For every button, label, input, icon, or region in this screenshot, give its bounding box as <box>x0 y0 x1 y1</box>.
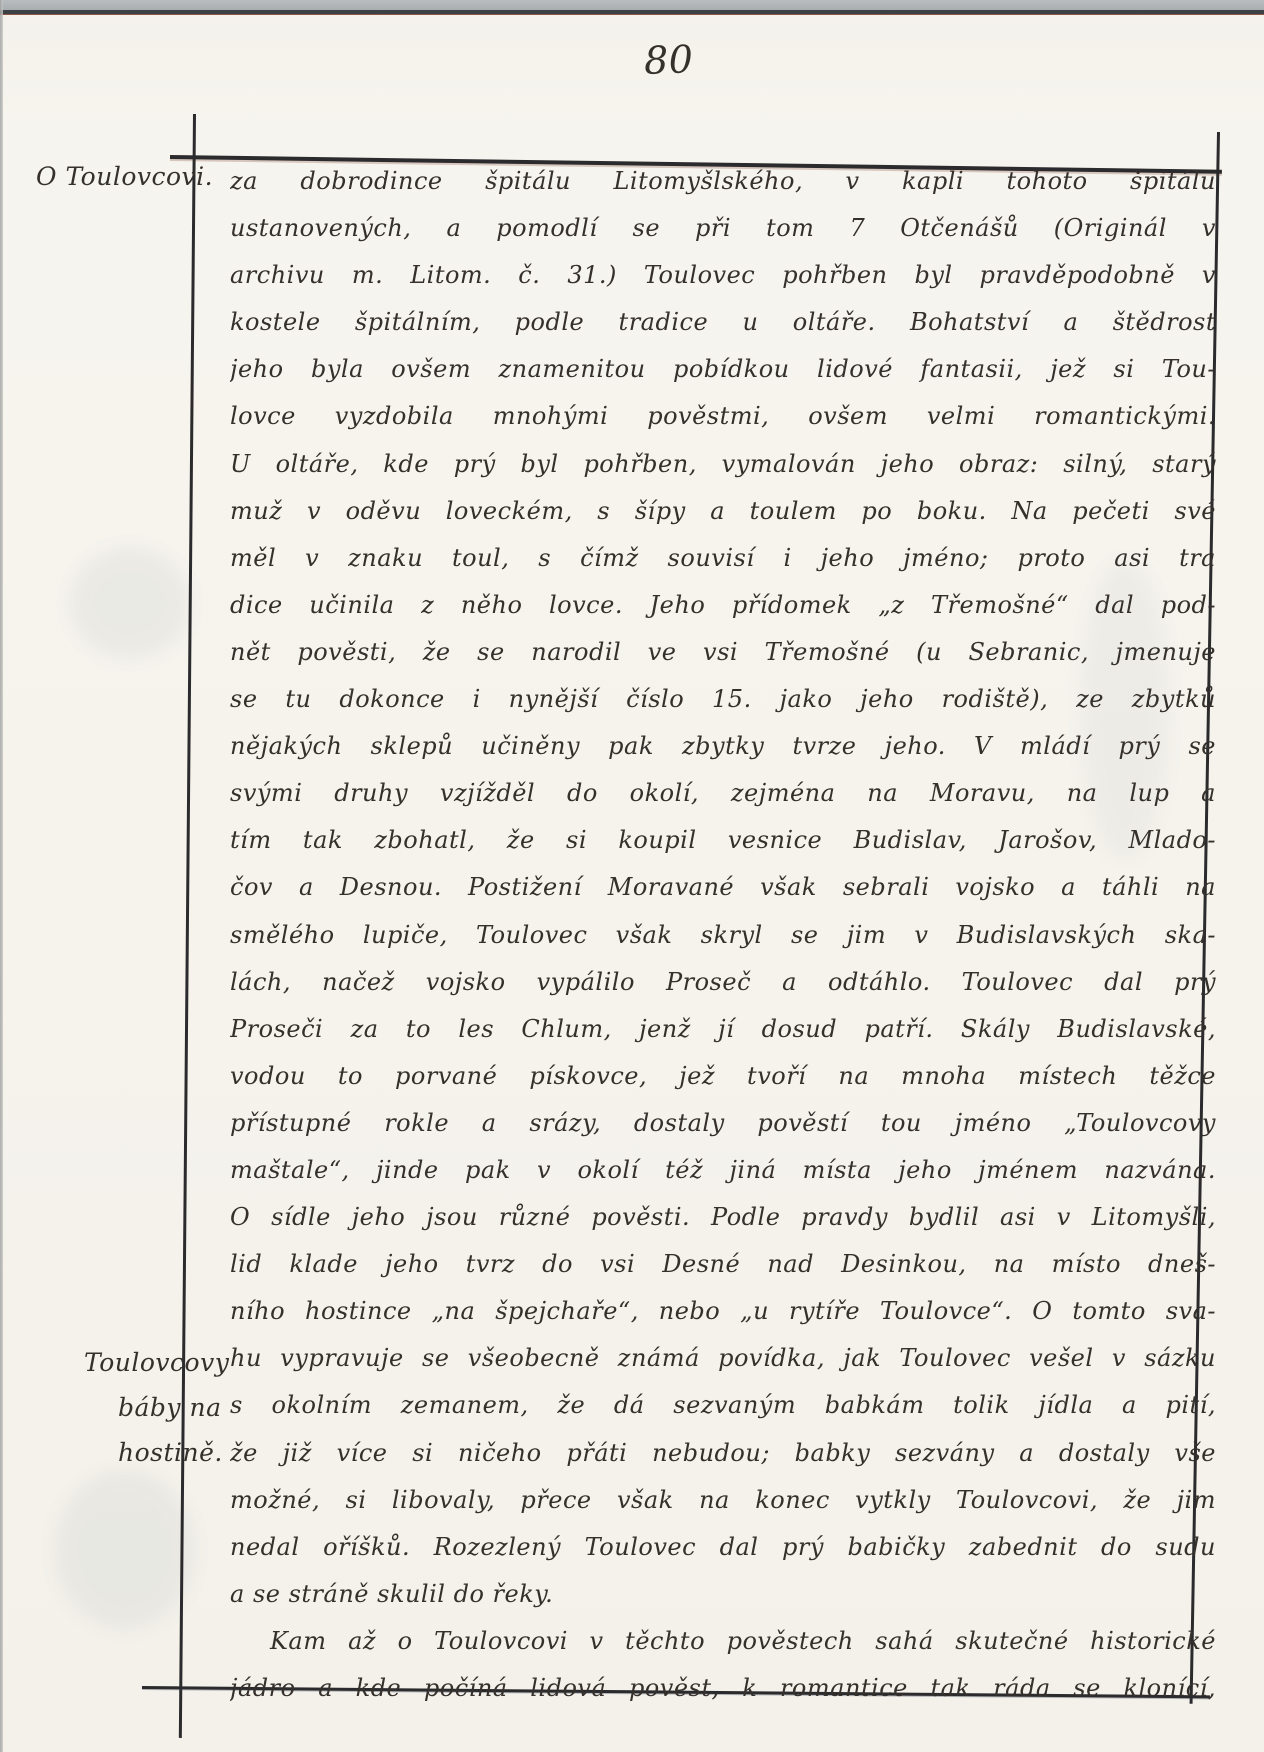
manuscript-line: nět pověsti, že se narodil ve vsi Třemoš… <box>230 629 1216 676</box>
manuscript-line: smělého lupiče, Toulovec však skryl se j… <box>230 912 1216 959</box>
scan-top-band <box>0 0 1264 10</box>
manuscript-text-column: za dobrodince špitálu Litomyšlského, v k… <box>230 158 1216 1703</box>
manuscript-line: čov a Desnou. Postižení Moravané však se… <box>230 864 1216 911</box>
manuscript-line: nějakých sklepů učiněny pak zbytky tvrze… <box>230 723 1216 770</box>
manuscript-line: svými druhy vzjížděl do okolí, zejména n… <box>230 770 1216 817</box>
scan-top-edge-line <box>0 10 1264 15</box>
manuscript-line: maštale“, jinde pak v okolí též jiná mís… <box>230 1147 1216 1194</box>
manuscript-line: jeho byla ovšem znamenitou pobídkou lido… <box>230 346 1216 393</box>
manuscript-line: nedal oříšků. Rozezlený Toulovec dal prý… <box>230 1524 1216 1571</box>
manuscript-page: 80 O Toulovcovi. Toulovcovybáby nahostin… <box>0 0 1264 1752</box>
margin-note-line: Toulovcovy <box>84 1340 229 1385</box>
manuscript-line: O sídle jeho jsou různé pověsti. Podle p… <box>230 1194 1216 1241</box>
manuscript-line: s okolním zemanem, že dá sezvaným babkám… <box>230 1382 1216 1429</box>
manuscript-line: dice učinila z něho lovce. Jeho přídomek… <box>230 582 1216 629</box>
page-number: 80 <box>643 37 694 83</box>
manuscript-line: za dobrodince špitálu Litomyšlského, v k… <box>230 158 1216 205</box>
bleed-through-smudge <box>55 1470 195 1630</box>
manuscript-line: jádro a kde počíná lidová pověst, k roma… <box>230 1665 1216 1703</box>
margin-note-o-toulovcovi: O Toulovcovi. <box>36 162 213 191</box>
manuscript-line: hu vypravuje se všeobecně známá povídka,… <box>230 1335 1216 1382</box>
bleed-through-smudge <box>70 548 190 658</box>
manuscript-line: U oltáře, kde prý byl pohřben, vymalován… <box>230 441 1216 488</box>
manuscript-line: lách, načež vojsko vypálilo Proseč a odt… <box>230 959 1216 1006</box>
manuscript-line: že již více si ničeho přáti nebudou; bab… <box>230 1430 1216 1477</box>
left-margin-rule <box>179 114 196 1738</box>
manuscript-line: ustanovených, a pomodlí se při tom 7 Otč… <box>230 205 1216 252</box>
manuscript-line: muž v oděvu loveckém, s šípy a toulem po… <box>230 488 1216 535</box>
manuscript-line: lovce vyzdobila mnohými pověstmi, ovšem … <box>230 393 1216 440</box>
margin-note-line: báby na <box>84 1385 229 1430</box>
manuscript-line: a se stráně skulil do řeky. <box>230 1571 1216 1618</box>
manuscript-line: Proseči za to les Chlum, jenž jí dosud p… <box>230 1006 1216 1053</box>
manuscript-line: vodou to porvané pískovce, jež tvoří na … <box>230 1053 1216 1100</box>
manuscript-line: kostele špitálním, podle tradice u oltář… <box>230 299 1216 346</box>
manuscript-line: lid klade jeho tvrz do vsi Desné nad Des… <box>230 1241 1216 1288</box>
manuscript-line: archivu m. Litom. č. 31.) Toulovec pohřb… <box>230 252 1216 299</box>
manuscript-line: možné, si libovaly, přece však na konec … <box>230 1477 1216 1524</box>
manuscript-line: se tu dokonce i nynější číslo 15. jako j… <box>230 676 1216 723</box>
manuscript-line: přístupné rokle a srázy, dostaly pověstí… <box>230 1100 1216 1147</box>
manuscript-line: Kam až o Toulovcovi v těchto pověstech s… <box>230 1618 1216 1665</box>
manuscript-line: měl v znaku toul, s čímž souvisí i jeho … <box>230 535 1216 582</box>
scan-left-edge <box>0 0 3 1752</box>
margin-note-toulovcovy-baby: Toulovcovybáby nahostině. <box>84 1340 229 1475</box>
manuscript-line: ního hostince „na špejchaře“, nebo „u ry… <box>230 1288 1216 1335</box>
margin-note-line: hostině. <box>84 1430 229 1475</box>
manuscript-line: tím tak zbohatl, že si koupil vesnice Bu… <box>230 817 1216 864</box>
